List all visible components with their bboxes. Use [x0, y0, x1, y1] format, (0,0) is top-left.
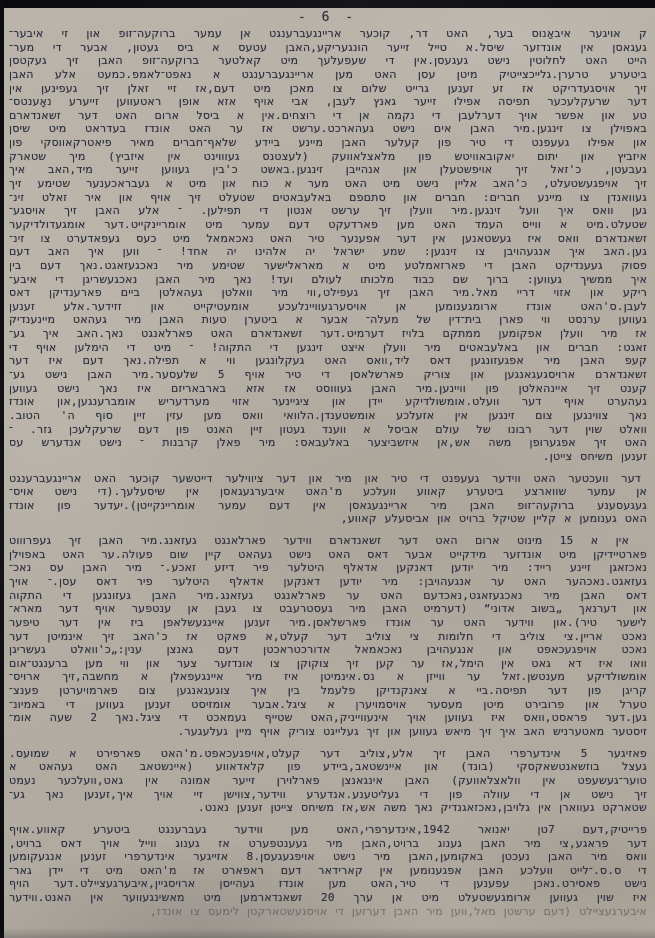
page-number: - 6 - — [0, 10, 655, 25]
text-line: זיך נישט אן די עוולה פון די געליטענע.אנד… — [9, 788, 647, 802]
text-line: געהערט אויף דער וועלט.אומשולדיקע יידן או… — [9, 395, 647, 409]
text-line: געצל בוזשאנטשאקסקי (בונד) און איינשטאב,ב… — [9, 760, 647, 774]
text-line: זיסטער מאטערניש האב איך זיך מיאש געווען … — [9, 725, 647, 739]
text-line: געווען ערנסט ווי פארן בית־דין של מעלה־ א… — [9, 313, 647, 327]
text-line: קריגן פון דער תפיסה.ביי א צאנקנדיקן פלעמ… — [9, 684, 647, 698]
text-line: זאגט: חברים און באלעבאטים מיר וועלן איצט… — [9, 341, 647, 355]
text-line: נאכזאגן זיינע רייד: מיר יודען דאנקען אדא… — [9, 561, 647, 575]
text-line: קענט זיך איינהאלטן פון וויינען.מיר האבן … — [9, 382, 647, 396]
paragraph: פאזיגער 5 אינדערפרי האבן זיך אלע,צוליב ד… — [9, 747, 647, 815]
text-line: און אפילו געעפנט די טיר פון קעלער האבן מ… — [9, 136, 647, 150]
text-line: וואס מיר האבן נעכטן באקומען,האבן מיר ניש… — [9, 850, 647, 864]
text-line: נאכט אריין.צי צוליב די חלומות צי צוליב ד… — [9, 630, 647, 644]
text-line: די ס.ס.־לייט וועלכע האבן אפגענומען אין ק… — [9, 864, 647, 878]
text-line: פרייטיק,דעם 7טן יאנואר 1942,אינדערפרי,הא… — [9, 823, 647, 837]
paragraph: אין א 15 מינוט ארום האט דער זשאנדארם ווי… — [9, 534, 647, 739]
scan-border-top — [0, 0, 655, 8]
document-text: ק אויגער איבאַנוס בער, האט דר, קוכער ארי… — [9, 27, 647, 918]
text-line: שטארקט געווארן אין גלויבן,נאכזאגנדיק נאך… — [9, 801, 647, 815]
text-line: וואו איז דא גאט אין הימל,אז ער קען זיך צ… — [9, 657, 647, 671]
text-line: גען.דער פראסט,וואס איז געווען אויך אינעו… — [9, 711, 647, 725]
text-line: האט גענומען א קליין שטיקל ברויט און אביס… — [9, 512, 647, 526]
text-line: אין א 15 מינוט ארום האט דער זשאנדארם ווי… — [9, 534, 647, 548]
text-line: נאך צווינגען צום זינגען אין אזעלכע אומשט… — [9, 409, 647, 423]
text-line: גען וואס איך וועל זינגען.מיר וועלן זיך ע… — [9, 204, 647, 218]
text-line: טערל און פרובירט מיטן מעסער אויסמויערן א… — [9, 698, 647, 712]
text-line: זיך אויסגעדריקט אז זע זענען גרייט שלום צ… — [9, 82, 647, 96]
text-line: טוער־געשעפט אין וולאצלאוועק) האבן אינגאנ… — [9, 774, 647, 788]
text-line: קעפ האבן מיר אפגעזונגען דאס ליד,וואס האט… — [9, 354, 647, 368]
text-line: גען.האב איך אנגעהויבן צו זינגען: שמע ישר… — [9, 245, 647, 259]
text-line: דער וועכטער האט ווידער געעפנט די טיר און… — [9, 472, 647, 486]
text-line: זיך אויפגעשטעלט, כ'האב אליין נישט מיט הא… — [9, 177, 647, 191]
text-line: וואלט שוין דער רבונו של עולם אביסל א ווע… — [9, 423, 647, 437]
text-line: דער שרעקלעכער תפיסה אפילו זייער גאנץ לעב… — [9, 95, 647, 109]
text-line: ביטערע טרערן.גלייכצייטיק מיטן עסן האט מע… — [9, 68, 647, 82]
text-line: זשאנדארם ארויסגעגאנגען און צוריק פארשלאס… — [9, 368, 647, 382]
text-line: באפוילן צו זינגען.מיר האבן אים נישט געהא… — [9, 122, 647, 136]
text-line: איז שוין געווען ארומגעשטעלט מיט אן ערך 2… — [9, 891, 647, 905]
text-line: אן עמער שווארצע ביטערע קאווע וועלכע מ'הא… — [9, 485, 647, 499]
text-line: זשאנדארם וואס איז געשטאנען אין דער אפענע… — [9, 232, 647, 246]
text-line: פאזיגער 5 אינדערפרי האבן זיך אלע,צוליב ד… — [9, 747, 647, 761]
scanned-page: - 6 - ק אויגער איבאַנוס בער, האט דר, קוכ… — [0, 0, 655, 938]
text-line: שטעלט.מיט א ווייס העמד האט מען פארדעקט ד… — [9, 218, 647, 232]
text-line: האט זיך אפגערופן משה אש,אן איזשביצער באל… — [9, 436, 647, 450]
text-line: געגאסן אין אונדזער שיסל.א טייל זייער הונ… — [9, 41, 647, 55]
paragraph: ק אויגער איבאַנוס בער, האט דר, קוכער ארי… — [9, 27, 647, 464]
scan-border-left — [0, 0, 4, 938]
text-line: דאס האבן מיר נאכגעזאגט,נאכדעם האט ער פאר… — [9, 589, 647, 603]
paragraph: דער וועכטער האט ווידער געעפנט די טיר און… — [9, 472, 647, 527]
text-line: נישט פאסירט.נאכן עפענען די טיר,האט מען א… — [9, 877, 647, 891]
text-line: נאכט אויפגעכאפט און אנגעהויבן נאכאמאל אד… — [9, 643, 647, 657]
text-line: אז מיר וועלן אפקומען ממתקם בלויז דערמיט.… — [9, 327, 647, 341]
text-line: הייט האט לחלוטין נישט געגעסן.אין די שעפע… — [9, 54, 647, 68]
paragraph: פרייטיק,דעם 7טן יאנואר 1942,אינדערפרי,הא… — [9, 823, 647, 918]
text-line: ריקע און אזוי דריי מאל.מיר האבן זיך געפי… — [9, 286, 647, 300]
text-line: טע און אפשר אויך דערלעבן די נקמה אן די ר… — [9, 109, 647, 123]
text-line: און דערנאך „בשוב אדוני“ (דערמיט האבן מיר… — [9, 602, 647, 616]
text-line: איבערגעציילט (דעם ערשטן מאל,ווען מיר האב… — [9, 905, 647, 919]
text-line: דער פראגע,צי מיר האבן גענוג ברויט,האבן מ… — [9, 837, 647, 851]
text-line: לעבן.ס'האט אונדז ארומגענומען אן אויסערגע… — [9, 300, 647, 314]
text-line: ק אויגער איבאַנוס בער, האט דר, קוכער ארי… — [9, 27, 647, 41]
text-line: פארטיידיקן מיט אונדזער מידקייט אבער דאס … — [9, 548, 647, 562]
text-line: געבעטן, כ'זאל זיך אויפשטעלן און אנהייבן … — [9, 163, 647, 177]
text-line: געגעסענע ברוקעה־זופ האבן מיר אריינגעגאסן… — [9, 499, 647, 513]
text-line: געזאגט.נאכהער האט ער אנגעהויבן: מיר יודע… — [9, 575, 647, 589]
text-line: איך ממשיך געווען: ברוך שם כבוד מלכותו לע… — [9, 273, 647, 287]
text-line: לישער טיר).און ווידער האט ער אונדז פארשל… — [9, 616, 647, 630]
text-line: איזביץ און יתום יאקובאוויטש פון מלאצלאוו… — [9, 150, 647, 164]
text-line: פסוק געענדיקט האבן די פארזאמלטע מיט א מא… — [9, 259, 647, 273]
text-line: אומשולדיקע מענטשן.זאל ער ווייזן א נס.אינ… — [9, 670, 647, 684]
scan-smudge — [0, 928, 655, 938]
text-line: געוואנדן צו מיינע חברים: חברים און סתםפם… — [9, 191, 647, 205]
text-line: זענען משיחס צייטן. — [9, 450, 647, 464]
